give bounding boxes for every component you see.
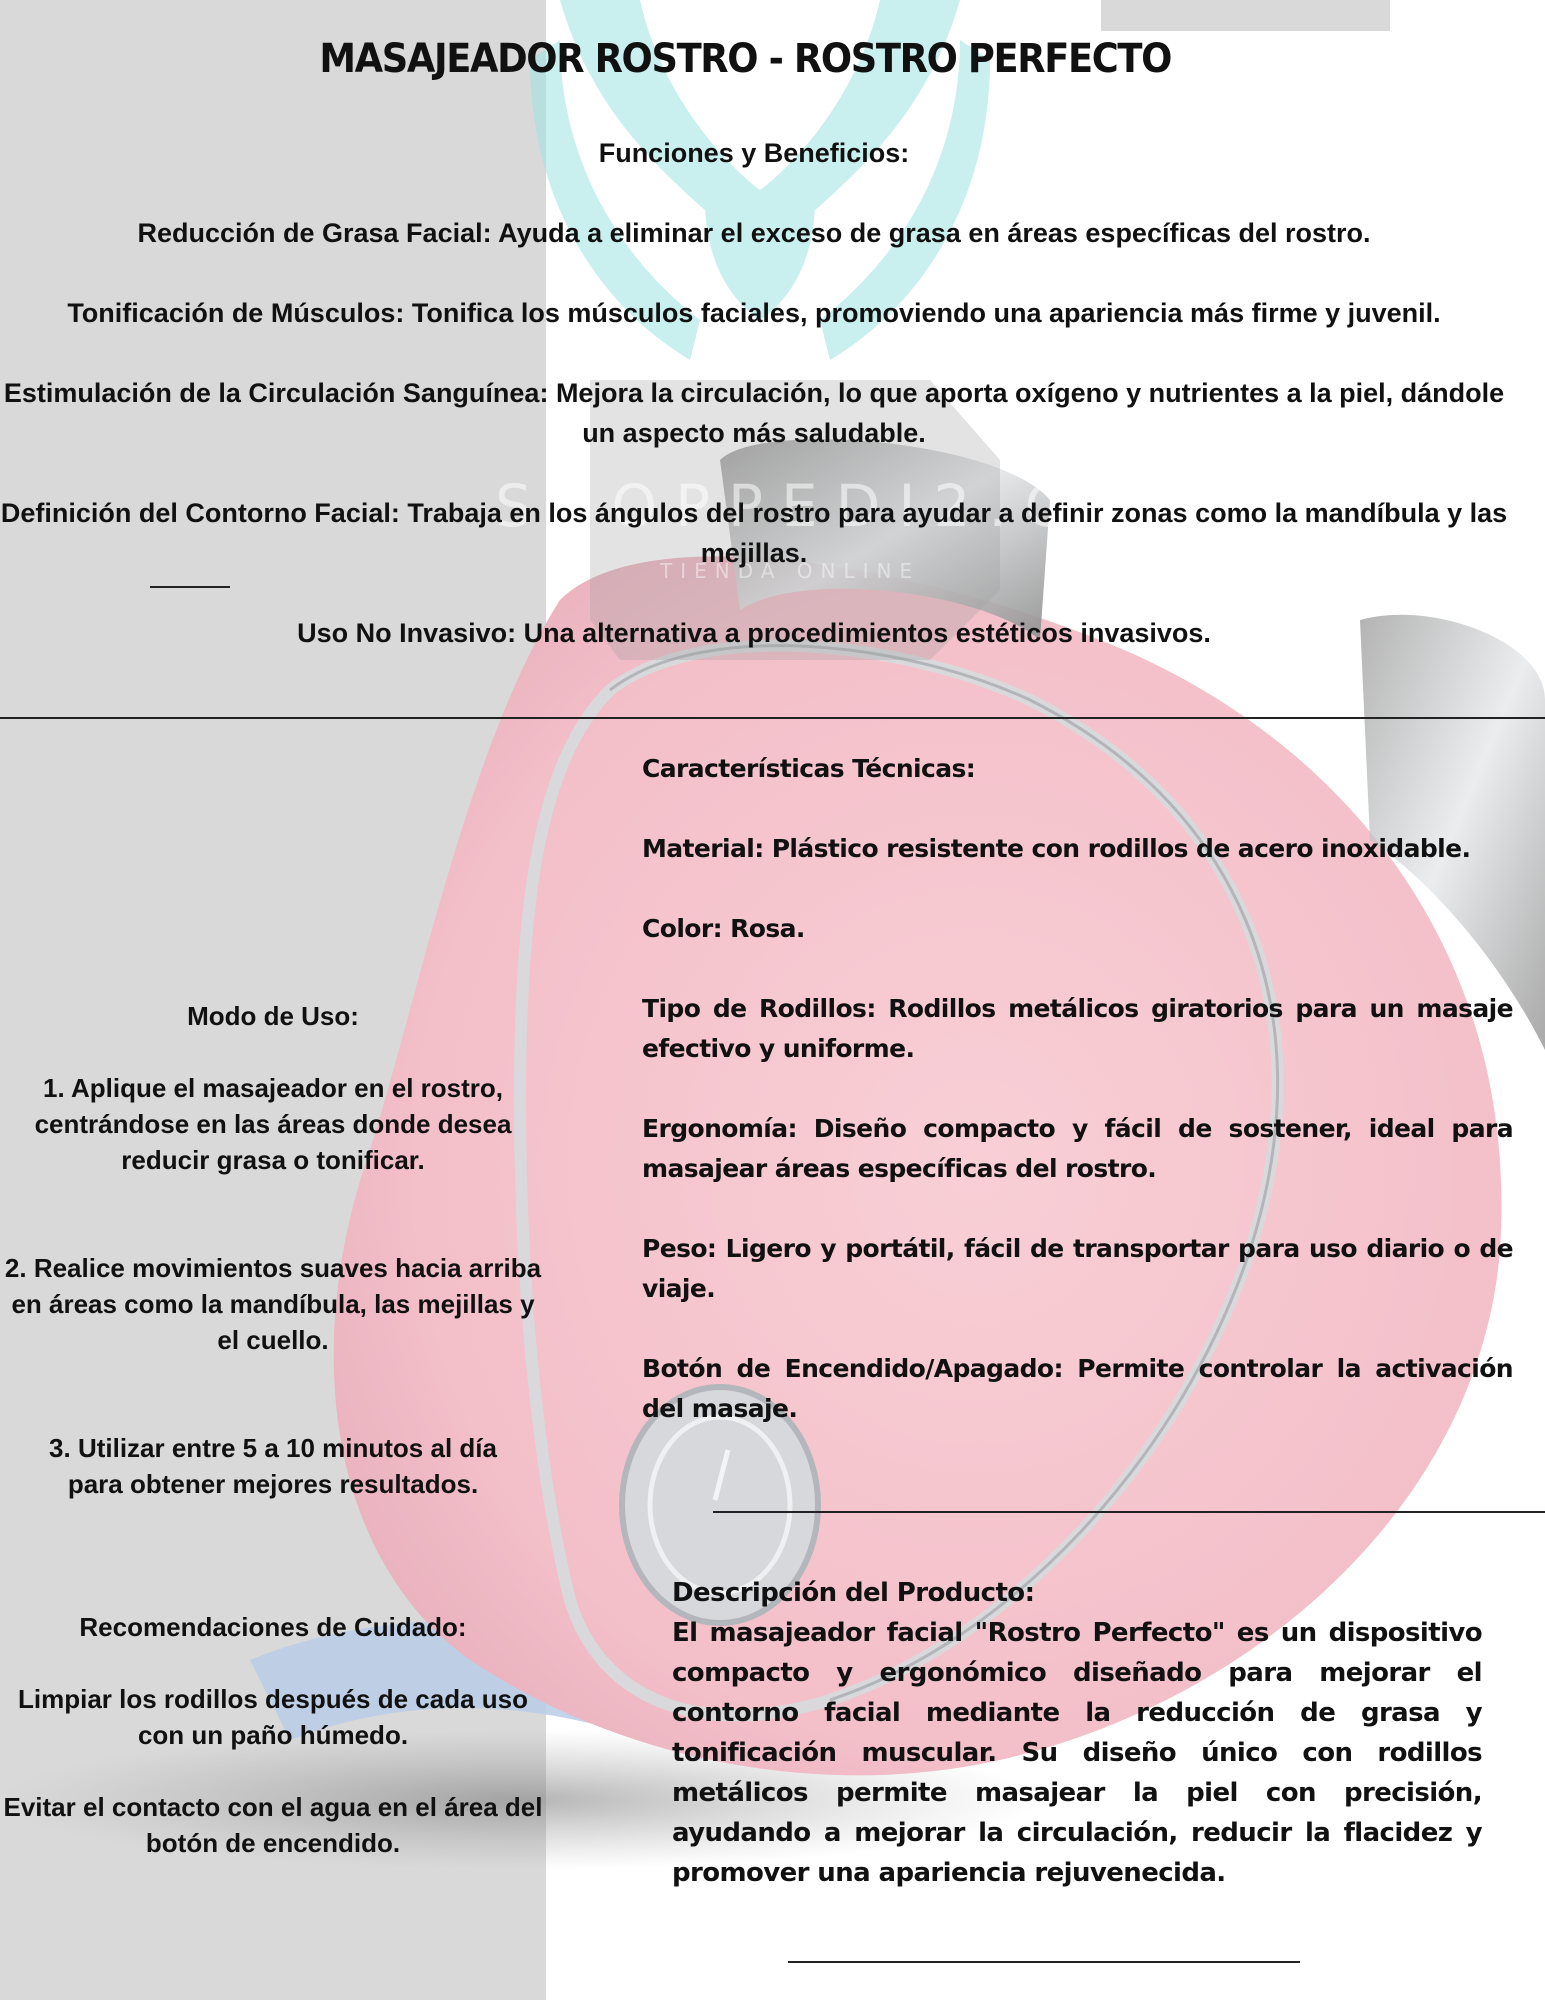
usage-step: 3. Utilizar entre 5 a 10 minutos al día …: [0, 1430, 546, 1502]
technical-item: Ergonomía: Diseño compacto y fácil de so…: [642, 1109, 1513, 1189]
technical-item: Color: Rosa.: [642, 909, 1513, 949]
care-heading: Recomendaciones de Cuidado:: [0, 1609, 546, 1645]
care-section: Recomendaciones de Cuidado: Limpiar los …: [0, 1609, 546, 1897]
page-title: MASAJEADOR ROSTRO - ROSTRO PERFECTO: [0, 36, 1490, 82]
description-heading: Descripción del Producto:: [672, 1573, 1482, 1613]
benefits-heading: Funciones y Beneficios:: [0, 133, 1508, 173]
technical-section: Características Técnicas: Material: Plás…: [642, 749, 1513, 1469]
right-divider: [713, 1511, 1545, 1513]
benefit-item: Estimulación de la Circulación Sanguínea…: [0, 373, 1508, 453]
usage-step: 1. Aplique el masajeador en el rostro, c…: [0, 1070, 546, 1178]
technical-item: Material: Plástico resistente con rodill…: [642, 829, 1513, 869]
care-item: Evitar el contacto con el agua en el áre…: [0, 1789, 546, 1861]
benefit-item: Definición del Contorno Facial: Trabaja …: [0, 493, 1508, 573]
description-section: Descripción del Producto: El masajeador …: [672, 1573, 1482, 1893]
usage-section: Modo de Uso: 1. Aplique el masajeador en…: [0, 998, 546, 1574]
short-divider: [150, 586, 230, 588]
benefit-item: Reducción de Grasa Facial: Ayuda a elimi…: [0, 213, 1508, 253]
usage-heading: Modo de Uso:: [0, 998, 546, 1034]
technical-item: Botón de Encendido/Apagado: Permite cont…: [642, 1349, 1513, 1429]
technical-item: Peso: Ligero y portátil, fácil de transp…: [642, 1229, 1513, 1309]
benefit-item: Uso No Invasivo: Una alternativa a proce…: [0, 613, 1508, 653]
technical-heading: Características Técnicas:: [642, 749, 1513, 789]
technical-item: Tipo de Rodillos: Rodillos metálicos gir…: [642, 989, 1513, 1069]
benefit-item: Tonificación de Músculos: Tonifica los m…: [0, 293, 1508, 333]
usage-step: 2. Realice movimientos suaves hacia arri…: [0, 1250, 546, 1358]
description-text: El masajeador facial "Rostro Perfecto" e…: [672, 1613, 1482, 1893]
top-gray-chip: [1101, 0, 1390, 31]
care-item: Limpiar los rodillos después de cada uso…: [0, 1681, 546, 1753]
benefits-section: Funciones y Beneficios: Reducción de Gra…: [0, 133, 1508, 693]
bottom-divider: [788, 1961, 1300, 1963]
section-divider: [0, 717, 1545, 719]
